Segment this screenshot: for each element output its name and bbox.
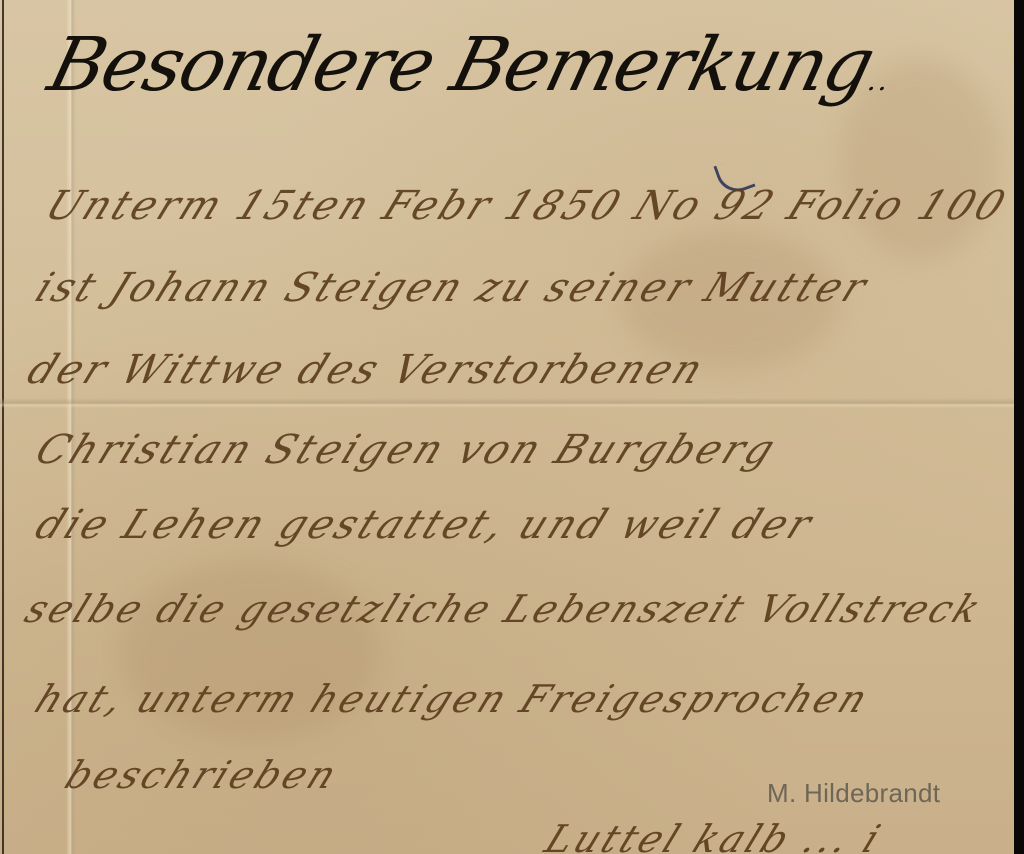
printed-heading: Besondere Bemerkung.. xyxy=(42,28,904,102)
handwritten-line: Luttel kalb ... i xyxy=(540,820,888,854)
handwritten-line: selbe die gesetzliche Lebenszeit Vollstr… xyxy=(20,590,989,628)
handwritten-line: ist Johann Steigen zu seiner Mutter xyxy=(30,268,874,308)
handwritten-line: Unterm 15ten Febr 1850 No 92 Folio 100 xyxy=(40,186,1013,226)
right-dark-border xyxy=(1014,0,1024,854)
watermark-credit: M. Hildebrandt xyxy=(767,778,940,809)
horizontal-fold-crease xyxy=(0,398,1014,408)
heading-text: Besondere Bemerkung xyxy=(41,22,882,108)
left-border-rule xyxy=(2,0,4,854)
handwritten-line: beschrieben xyxy=(60,756,345,794)
document-page: Besondere Bemerkung.. Unterm 15ten Febr … xyxy=(0,0,1014,854)
handwritten-line: Christian Steigen von Burgberg xyxy=(30,430,783,470)
handwritten-line: der Wittwe des Verstorbenen xyxy=(22,350,711,390)
handwritten-line: die Lehen gestattet, und weil der xyxy=(30,505,820,545)
handwritten-line: hat, unterm heutigen Freigesprochen xyxy=(30,680,876,718)
